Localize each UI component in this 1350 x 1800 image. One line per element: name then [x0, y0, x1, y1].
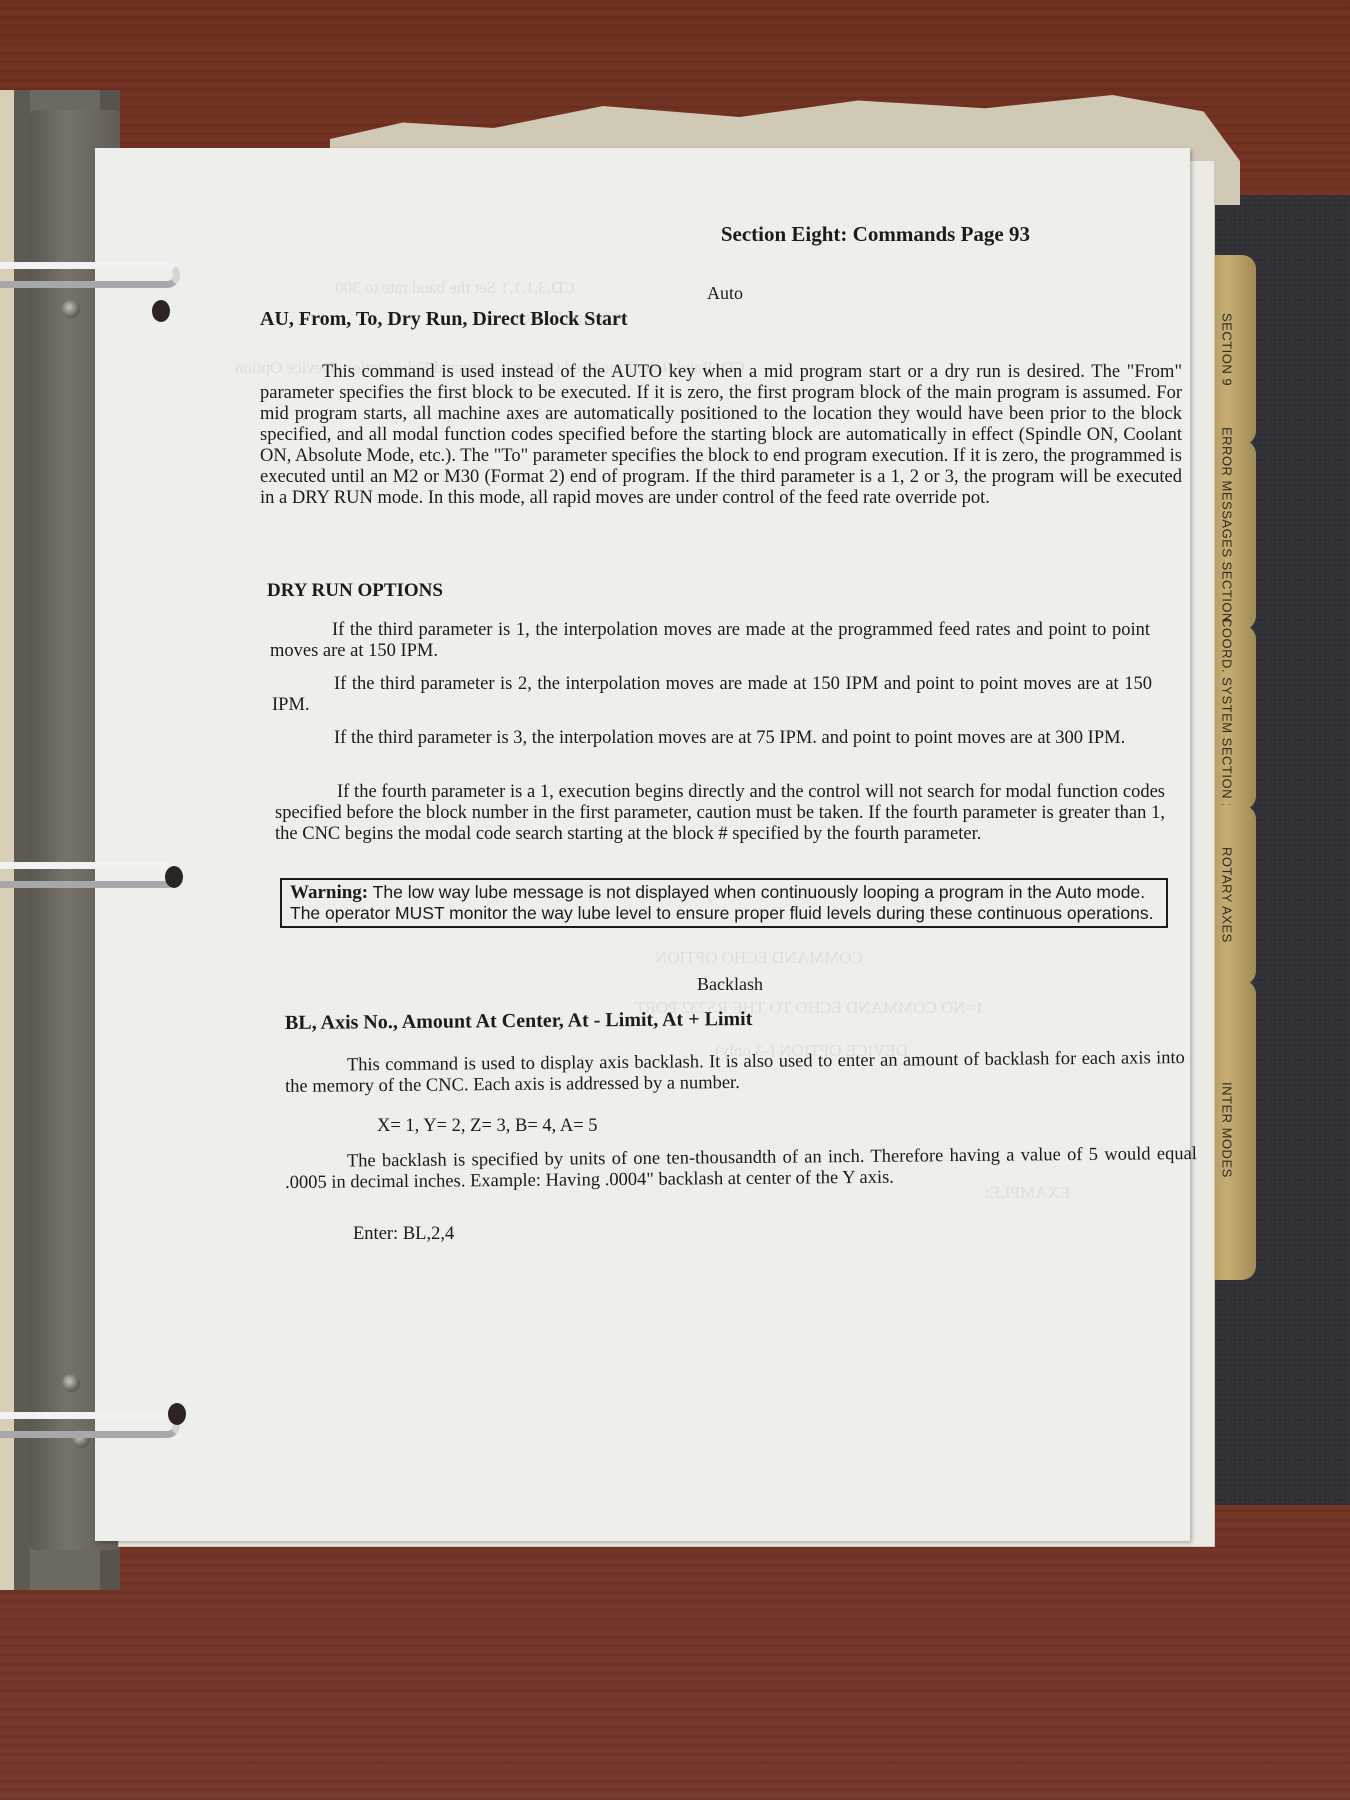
punch-hole [165, 866, 183, 888]
section-title-auto: Auto [665, 283, 785, 304]
warning-label: Warning: [290, 882, 368, 903]
punch-hole [152, 300, 170, 322]
binder-ring [0, 262, 180, 288]
section-title-backlash: Backlash [660, 974, 800, 995]
dry-run-option-3: If the third parameter is 3, the interpo… [272, 728, 1152, 749]
rivet-icon [62, 1374, 80, 1392]
fourth-parameter-note: If the fourth parameter is a 1, executio… [275, 782, 1165, 845]
punch-hole [168, 1403, 186, 1425]
running-header: Section Eight: Commands Page 93 [721, 222, 1030, 247]
backlash-units-note: The backlash is specified by units of on… [285, 1144, 1197, 1194]
backlash-description: This command is used to display axis bac… [285, 1048, 1185, 1098]
binder-ring [0, 1412, 180, 1438]
auto-description: This command is used instead of the AUTO… [260, 362, 1182, 509]
backlash-example-entry: Enter: BL,2,4 [353, 1224, 454, 1245]
rivet-icon [62, 300, 80, 318]
dry-run-options-heading: DRY RUN OPTIONS [267, 580, 443, 602]
dry-run-option-2: If the third parameter is 2, the interpo… [272, 674, 1152, 716]
command-syntax-backlash: BL, Axis No., Amount At Center, At - Lim… [285, 1008, 753, 1035]
axis-number-map: X= 1, Y= 2, Z= 3, B= 4, A= 5 [377, 1116, 598, 1137]
warning-text: The low way lube message is not displaye… [290, 882, 1154, 923]
dry-run-option-1: If the third parameter is 1, the interpo… [270, 620, 1150, 662]
command-syntax-auto: AU, From, To, Dry Run, Direct Block Star… [260, 308, 628, 331]
warning-box: Warning: The low way lube message is not… [280, 878, 1168, 928]
binder-ring [0, 862, 180, 888]
manual-page: CD,3,1,1,1 Set the baud rate to 300 Chan… [95, 148, 1190, 1541]
